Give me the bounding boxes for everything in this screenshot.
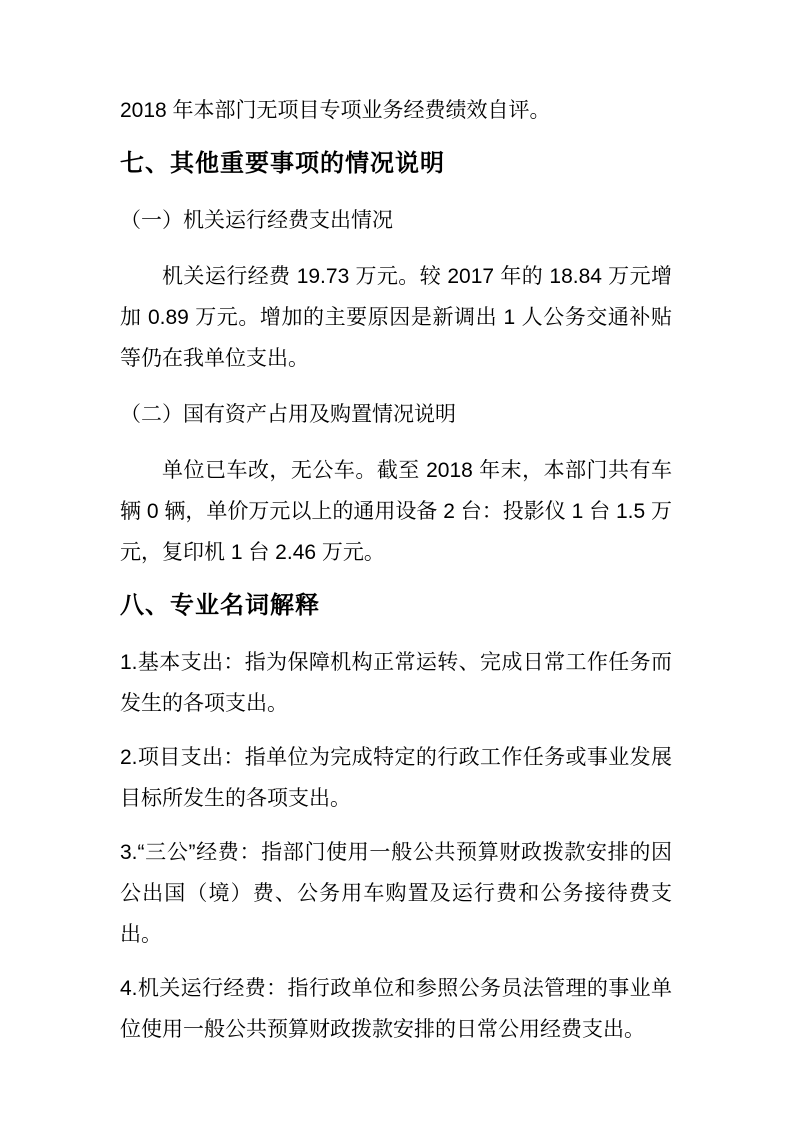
term-definition-operating-funds: 4.机关运行经费：指行政单位和参照公务员法管理的事业单位使用一般公共预算财政拨款…	[120, 968, 672, 1050]
section8-heading: 八、专业名词解释	[120, 588, 672, 624]
section7-sub2-body: 单位已车改，无公车。截至 2018 年末，本部门共有车辆 0 辆，单价万元以上的…	[120, 450, 672, 573]
section7-sub2-heading: （二）国有资产占用及购置情况说明	[120, 394, 672, 435]
term-definition-project-expenditure: 2.项目支出：指单位为完成特定的行政工作任务或事业发展目标所发生的各项支出。	[120, 737, 672, 819]
section7-heading: 七、其他重要事项的情况说明	[120, 146, 672, 182]
intro-paragraph: 2018 年本部门无项目专项业务经费绩效自评。	[120, 90, 672, 131]
term-definition-three-public-funds: 3.“三公”经费：指部门使用一般公共预算财政拨款安排的因公出国（境）费、公务用车…	[120, 832, 672, 955]
section7-sub1-heading: （一）机关运行经费支出情况	[120, 200, 672, 241]
term-definition-basic-expenditure: 1.基本支出：指为保障机构正常运转、完成日常工作任务而发生的各项支出。	[120, 642, 672, 724]
document-page: 2018 年本部门无项目专项业务经费绩效自评。 七、其他重要事项的情况说明 （一…	[0, 0, 793, 1122]
section7-sub1-body: 机关运行经费 19.73 万元。较 2017 年的 18.84 万元增加 0.8…	[120, 256, 672, 379]
